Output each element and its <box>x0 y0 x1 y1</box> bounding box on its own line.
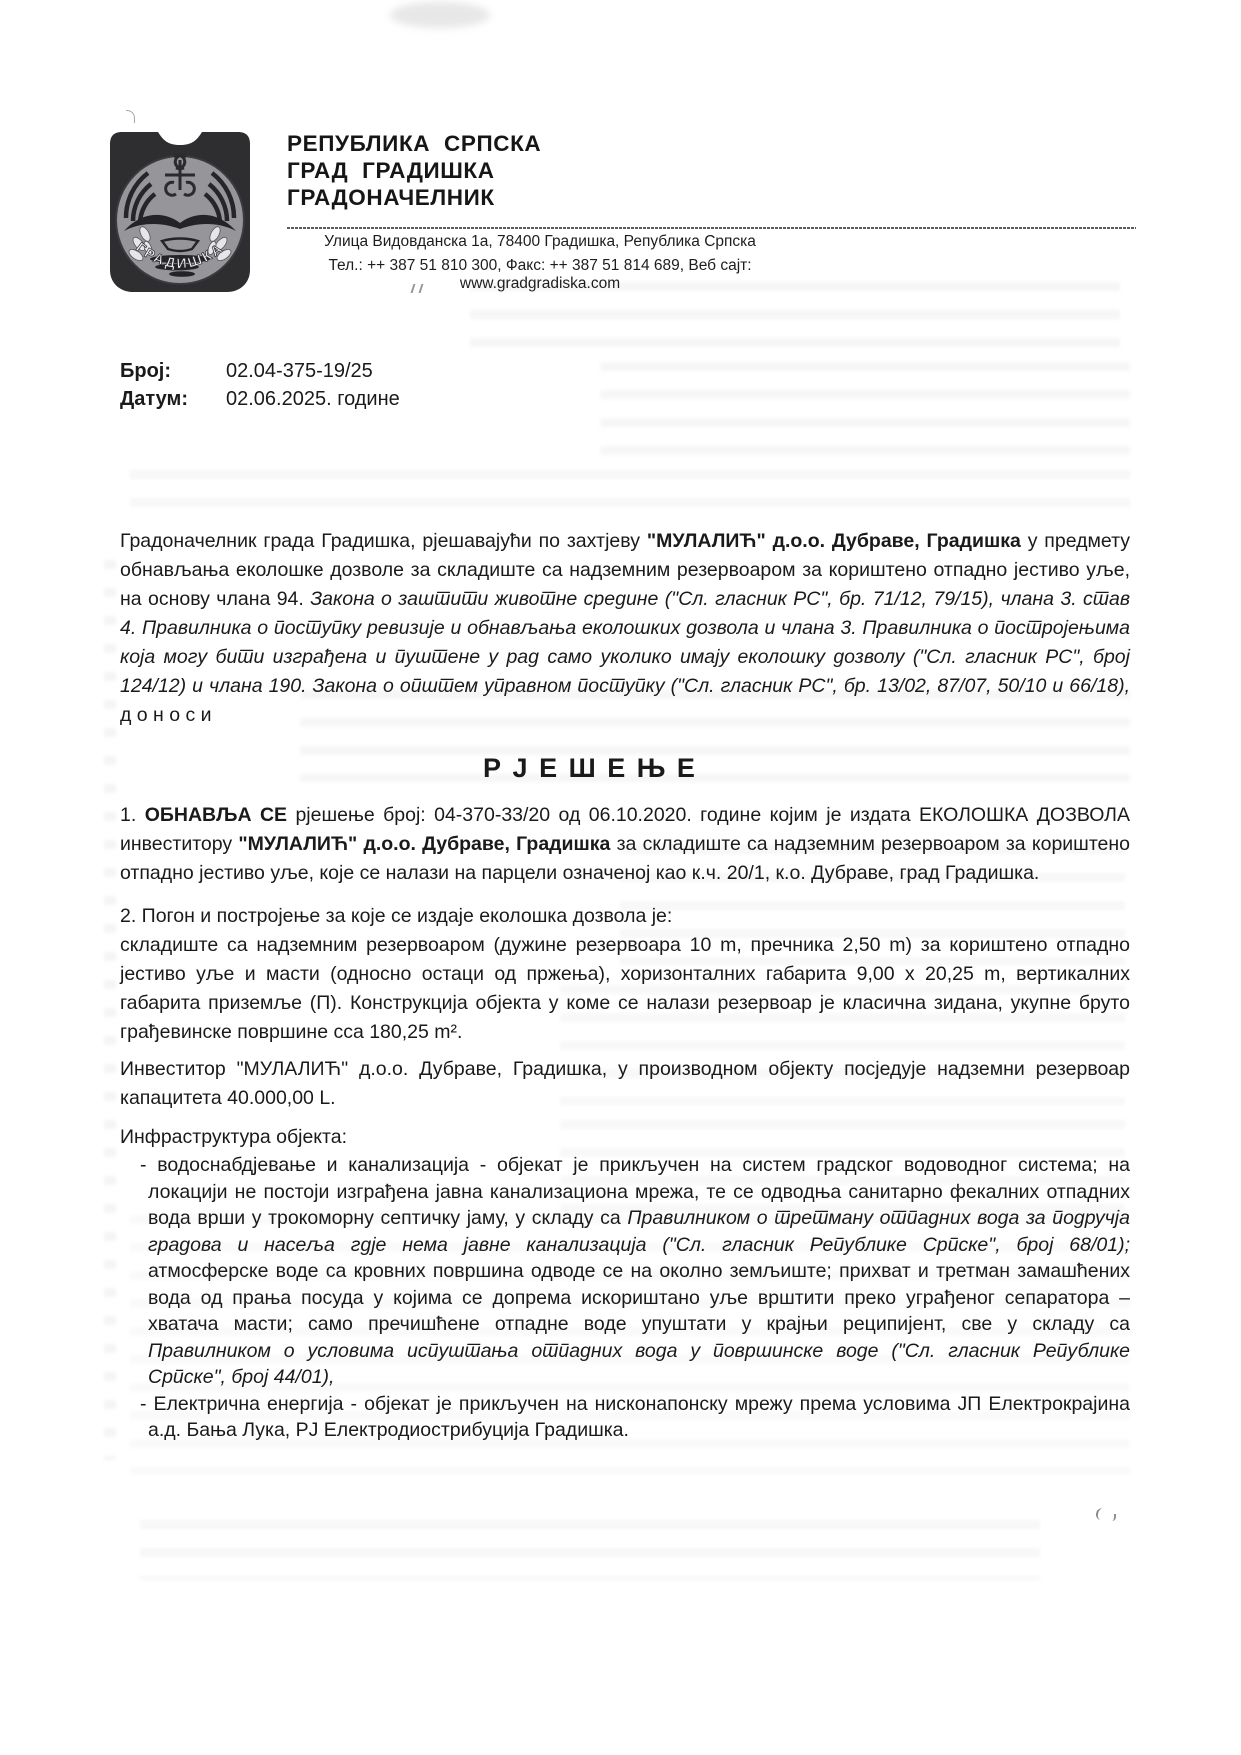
scan-speck <box>126 110 135 123</box>
decision-title: Р Ј Е Ш Е Њ Е <box>85 754 1095 783</box>
text-segment: ОБНАВЉА СЕ <box>145 804 287 826</box>
document-meta: Број: 02.04-375-19/25 Датум: 02.06.2025.… <box>120 357 400 413</box>
text-segment: Правилником о условима испуштања отпадни… <box>148 1340 1130 1389</box>
org-line-city: ГРАД ГРАДИШКА <box>287 157 541 184</box>
scan-speck <box>1110 1514 1116 1521</box>
letterhead-org-block: РЕПУБЛИКА СРПСКА ГРАД ГРАДИШКА ГРАДОНАЧЕ… <box>287 130 541 211</box>
text-segment: 1. <box>120 804 145 826</box>
item-2-heading: 2. Погон и постројење за које се издаје … <box>120 902 1130 931</box>
text-segment: "МУЛАЛИЋ" д.о.о. Дубраве, Градишка <box>647 530 1021 552</box>
bleedthrough-artifact <box>130 470 1130 525</box>
org-line-mayor: ГРАДОНАЧЕЛНИК <box>287 184 541 211</box>
item-1-paragraph: 1. ОБНАВЉА СЕ рјешење број: 04-370-33/20… <box>120 801 1130 888</box>
text-segment: Градоначелник града Градишка, рјешавајућ… <box>120 530 647 552</box>
bleedthrough-artifact <box>600 362 1130 474</box>
scan-speck <box>1095 1507 1106 1521</box>
number-value: 02.04-375-19/25 <box>226 357 400 385</box>
text-segment: атмосферске воде са кровних површина одв… <box>148 1260 1130 1335</box>
letterhead-contact: Тел.: ++ 387 51 810 300, Факс: ++ 387 51… <box>287 257 793 293</box>
letterhead-address: Улица Видовданска 1а, 78400 Градишка, Ре… <box>287 233 793 251</box>
item-2-section: 2. Погон и постројење за које се издаје … <box>120 902 1130 1047</box>
infrastructure-bullet-water: - водоснабдјевање и канализација - објек… <box>120 1152 1130 1391</box>
text-segment: "МУЛАЛИЋ" д.о.о. Дубраве, Градишка <box>238 833 610 855</box>
document-body: Градоначелник града Градишка, рјешавајућ… <box>120 527 1130 1444</box>
org-line-republic: РЕПУБЛИКА СРПСКА <box>287 130 541 157</box>
investor-paragraph: Инвеститор "МУЛАЛИЋ" д.о.о. Дубраве, Гра… <box>120 1055 1130 1113</box>
date-value: 02.06.2025. године <box>226 385 400 413</box>
bleedthrough-artifact <box>470 282 1120 360</box>
letterhead-divider <box>287 227 1136 229</box>
infrastructure-bullet-electricity: - Електрична енергија - објекат је прикљ… <box>120 1391 1130 1444</box>
bleedthrough-artifact <box>104 560 116 1460</box>
date-label: Датум: <box>120 385 226 413</box>
number-label: Број: <box>120 357 226 385</box>
text-segment: д о н о с и <box>120 704 212 726</box>
scan-speck <box>390 2 490 28</box>
gradiska-coat-of-arms: ГРАДИШКА <box>98 126 262 296</box>
scanned-document-page: ГРАДИШКА РЕПУБЛИКА СРПСКА ГРАД ГРАДИШКА … <box>0 0 1241 1755</box>
intro-paragraph: Градоначелник града Градишка, рјешавајућ… <box>120 527 1130 730</box>
bleedthrough-artifact <box>140 1520 1040 1580</box>
item-2-body: складиште са надземним резервоаром (дужи… <box>120 931 1130 1047</box>
infrastructure-label: Инфраструктура објекта: <box>120 1123 1130 1152</box>
